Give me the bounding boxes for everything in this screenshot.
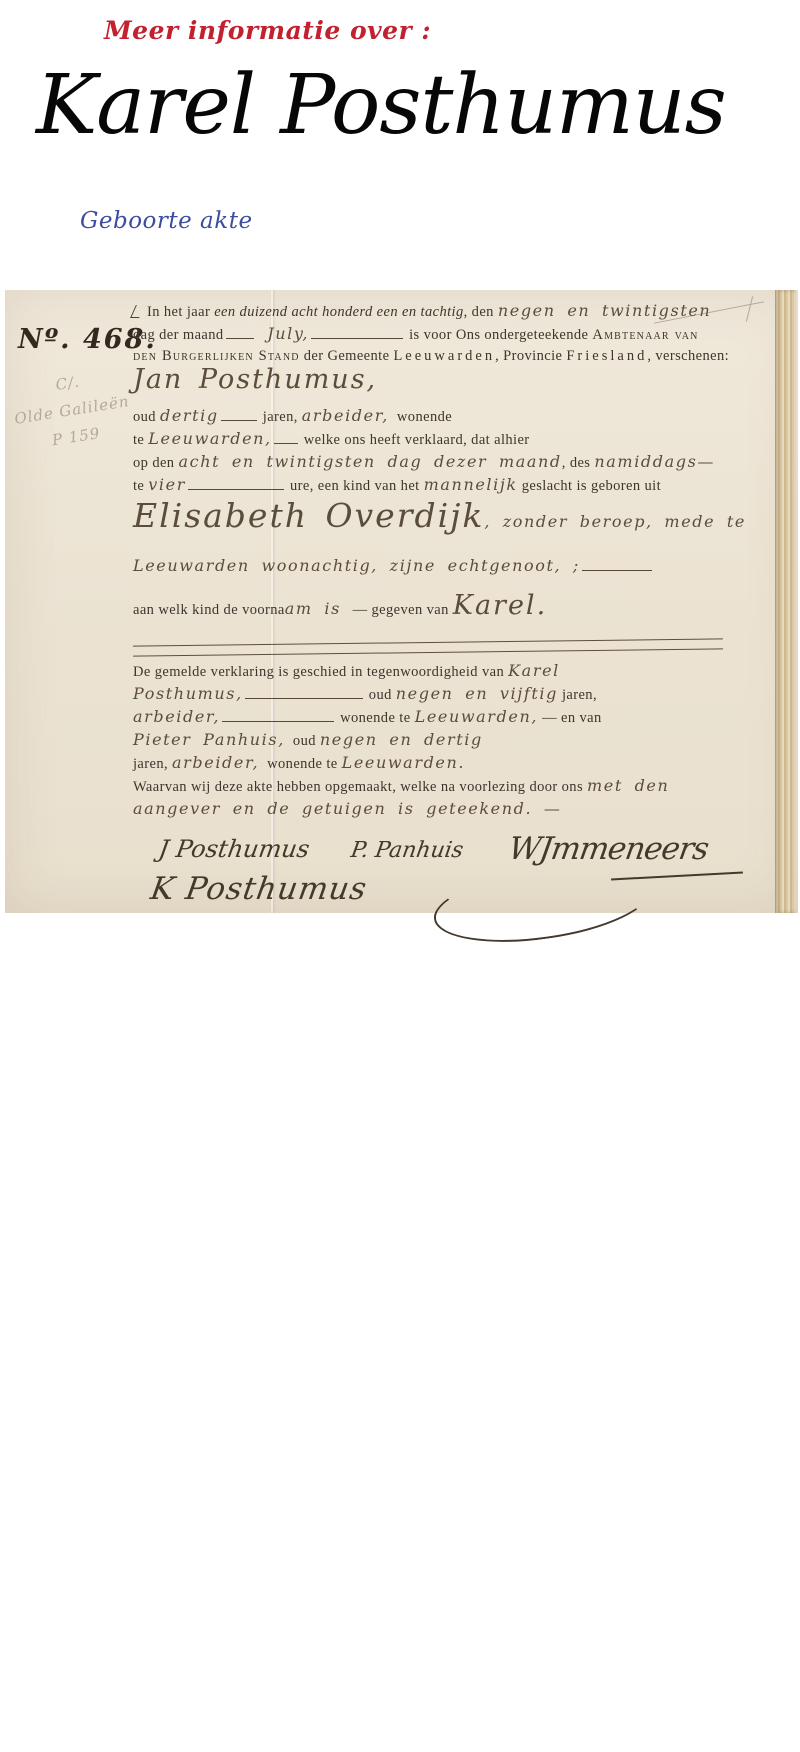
printed-text: , des	[562, 453, 595, 474]
printed-text: dag der maand	[133, 325, 224, 346]
handwritten-text: negen en vijftig	[396, 683, 558, 704]
certificate-line: De gemelde verklaring is geschied in teg…	[133, 660, 723, 683]
printed-text: Ambtenaar van	[592, 325, 698, 346]
printed-text: In het jaar	[147, 302, 214, 323]
handwritten-text: , zonder beroep, mede te	[484, 511, 746, 532]
certificate-line: te Leeuwarden, welke ons heeft verklaard…	[133, 428, 723, 451]
certificate-line: Jan Posthumus,	[133, 369, 723, 405]
certificate-line: oud dertig jaren, arbeider, wonende	[133, 405, 723, 428]
certificate-line: arbeider, wonende te Leeuwarden, — en va…	[133, 706, 723, 729]
printed-text: geslacht is geboren uit	[518, 476, 661, 497]
signature-k-posthumus: K Posthumus	[148, 871, 370, 907]
blank-filler-line	[582, 564, 652, 571]
blank-filler-line	[188, 483, 284, 490]
blank-filler-line	[245, 692, 363, 699]
certificate-line: Leeuwarden woonachtig, zijne echtgenoot,…	[133, 555, 723, 591]
handwritten-text: Leeuwarden,	[148, 428, 271, 449]
certificate-line: Elisabeth Overdijk, zonder beroep, mede …	[133, 505, 723, 551]
certificate-body-lines: In het jaar een duizend acht honderd een…	[133, 300, 723, 821]
printed-text: oud	[365, 685, 396, 706]
certificate-line: jaren, arbeider, wonende te Leeuwarden.	[133, 752, 723, 775]
certificate-line: Waarvan wij deze akte hebben opgemaakt, …	[133, 775, 723, 798]
printed-text: Waarvan wij deze akte hebben opgemaakt, …	[133, 777, 587, 798]
printed-text: oud	[289, 731, 320, 752]
printed-text: te	[133, 476, 148, 497]
handwritten-text: negen en twintigsten	[498, 300, 711, 321]
printed-text: Leeuwarden	[393, 346, 495, 367]
blank-filler-line	[311, 332, 403, 339]
signatures-row-2: K Posthumus	[133, 881, 723, 907]
printed-text: , verschenen:	[647, 346, 729, 367]
handwritten-text: dertig	[160, 405, 219, 426]
printed-text: ure, een kind van het	[286, 476, 424, 497]
printed-text: aan welk kind de voorna	[133, 600, 285, 621]
certificate-line: aangever en de getuigen is geteekend. —	[133, 798, 723, 821]
more-info-label: Meer informatie over :	[104, 16, 431, 45]
handwritten-text: vier	[148, 474, 186, 495]
handwritten-text: July,	[256, 323, 310, 344]
printed-text: wonende	[393, 407, 452, 428]
person-name-title: Karel Posthumus	[36, 58, 776, 153]
certificate-line: aan welk kind de voornaam is — gegeven v…	[133, 595, 723, 631]
printed-text: — gegeven van	[353, 600, 453, 621]
certificate-line: Posthumus, oud negen en vijftig jaren,	[133, 683, 723, 706]
pencil-tick	[746, 296, 753, 321]
printed-text: Friesland	[566, 346, 647, 367]
handwritten-text: Jan Posthumus,	[133, 369, 377, 390]
handwritten-text: Leeuwarden.	[342, 752, 465, 773]
signatures-row-1: J Posthumus P. Panhuis WJmmeneers	[133, 835, 723, 867]
handwritten-text: namiddags—	[594, 451, 715, 472]
insertion-mark	[130, 305, 145, 318]
printed-text: jaren,	[259, 407, 302, 428]
handwritten-text: Elisabeth Overdijk	[133, 505, 484, 526]
printed-text: op den	[133, 453, 179, 474]
printed-text: welke ons heeft verklaard, dat alhier	[300, 430, 534, 451]
margin-pencil-notes: C/. Olde Galileën P 159	[1, 360, 142, 460]
handwritten-text: am is	[285, 598, 353, 619]
doc-type-label: Geboorte akte	[80, 208, 253, 234]
printed-text: jaren,	[558, 685, 597, 706]
certificate-divider	[133, 638, 723, 656]
signature-p-panhuis: P. Panhuis	[349, 838, 465, 863]
handwritten-text: Pieter Panhuis,	[133, 729, 285, 750]
handwritten-text: arbeider,	[172, 752, 259, 773]
printed-text: , Provincie	[495, 346, 566, 367]
blank-filler-line	[222, 715, 334, 722]
page: { "header": { "more_info_label": "Meer i…	[0, 0, 800, 1752]
blank-filler-line	[226, 332, 254, 339]
printed-text: een duizend acht honderd een en tachtig	[214, 302, 463, 323]
printed-text: wonende te	[263, 754, 341, 775]
certificate-line: te vier ure, een kind van het mannelijk …	[133, 474, 723, 497]
book-binding-edge	[775, 290, 796, 913]
blank-filler-line	[274, 437, 298, 444]
handwritten-text: arbeider,	[133, 706, 220, 727]
handwritten-text: arbeider,	[302, 405, 389, 426]
printed-text: is voor Ons ondergeteekende	[405, 325, 592, 346]
handwritten-text: mannelijk	[424, 474, 518, 495]
printed-text: te	[133, 430, 148, 451]
printed-text: , den	[464, 302, 498, 323]
certificate-line: op den acht en twintigsten dag dezer maa…	[133, 451, 723, 474]
printed-text: wonende te	[336, 708, 414, 729]
handwritten-text: Posthumus,	[133, 683, 243, 704]
certificate-body: In het jaar een duizend acht honderd een…	[133, 300, 723, 907]
handwritten-text: Karel	[508, 660, 560, 681]
handwritten-text: Leeuwarden woonachtig, zijne echtgenoot,…	[133, 555, 580, 576]
handwritten-text: met den	[587, 775, 669, 796]
handwritten-text: negen en dertig	[320, 729, 483, 750]
printed-text: jaren,	[133, 754, 172, 775]
printed-text: oud	[133, 407, 160, 428]
certificate-line: dag der maand July, is voor Ons onderget…	[133, 323, 723, 346]
blank-filler-line	[221, 414, 257, 421]
handwritten-text: Karel.	[453, 595, 547, 616]
certificate-scan: Nº. 468. C/. Olde Galileën P 159 In het …	[5, 290, 798, 913]
handwritten-text: aangever en de getuigen is geteekend. —	[133, 798, 561, 819]
certificate-line: Pieter Panhuis, oud negen en dertig	[133, 729, 723, 752]
handwritten-text: Leeuwarden,	[415, 706, 538, 727]
printed-text: — en van	[538, 708, 602, 729]
signature-registrar: WJmmeneers	[507, 831, 712, 867]
printed-text: De gemelde verklaring is geschied in teg…	[133, 662, 508, 683]
handwritten-text: acht en twintigsten dag dezer maand	[179, 451, 562, 472]
certificate-line: In het jaar een duizend acht honderd een…	[133, 300, 723, 323]
signature-j-posthumus: J Posthumus	[157, 835, 312, 863]
